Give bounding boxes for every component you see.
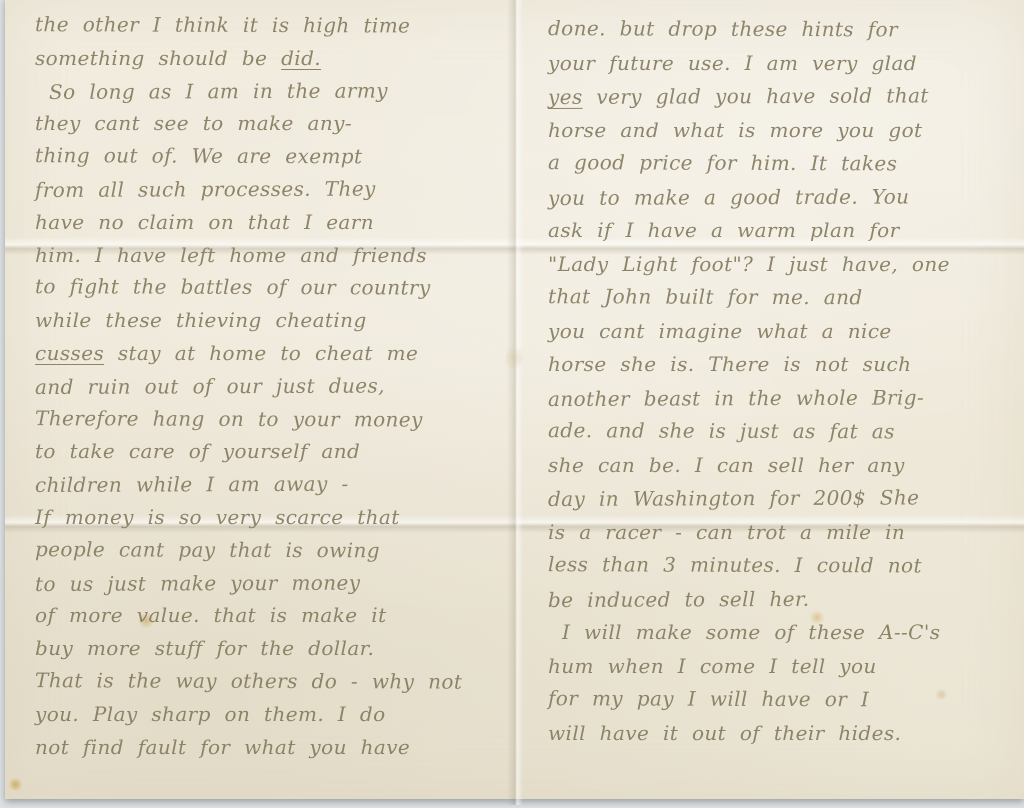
handwriting-line: buy more stuff for the dollar. (35, 632, 507, 665)
handwriting-line: less than 3 minutes. I could not (548, 548, 1020, 583)
handwriting-line: Therefore hang on to your money (35, 402, 507, 436)
handwriting-line: to fight the battles of our country (35, 271, 507, 305)
handwriting-line: day in Washington for 200$ She (548, 481, 1020, 517)
handwriting-text: very glad you have sold that (583, 83, 929, 109)
handwriting-text: something should be (35, 46, 281, 70)
handwriting-line: she can be. I can sell her any (548, 449, 1020, 483)
handwriting-line: will have it out of their hides. (548, 717, 1020, 751)
handwriting-line: yes very glad you have sold that (548, 79, 1020, 115)
handwriting-line: ask if I have a warm plan for (548, 214, 1020, 248)
paper-stain (505, 343, 523, 373)
handwriting-line: a good price for him. It takes (548, 146, 1020, 181)
handwriting-line: thing out of. We are exempt (35, 139, 507, 173)
handwriting-line: That is the way others do - why not (35, 664, 507, 698)
letter-page-right: done. but drop these hints for your futu… (548, 13, 1020, 750)
handwriting-line: of more value. that is make it (35, 599, 507, 632)
handwriting-line: people cant pay that is owing (35, 533, 507, 567)
handwriting-line: and ruin out of our just dues, (35, 369, 507, 404)
scanned-letter-image: the other I think it is high time someth… (0, 0, 1024, 808)
handwriting-line: to take care of yourself and (35, 435, 507, 468)
handwriting-line: you cant imagine what a nice (548, 315, 1020, 349)
underlined-word: did. (281, 46, 321, 70)
handwriting-line: children while I am away - (35, 467, 507, 502)
handwriting-line: not find fault for what you have (35, 731, 507, 764)
handwriting-line: to us just make your money (35, 566, 507, 601)
handwriting-line: something should be did. (35, 42, 507, 75)
handwriting-line: hum when I come I tell you (548, 650, 1020, 684)
handwriting-line: while these thieving cheating (35, 304, 507, 337)
handwriting-line: they cant see to make any- (35, 107, 507, 140)
handwriting-line: ade. and she is just as fat as (548, 414, 1020, 449)
underlined-word: yes (548, 85, 583, 109)
handwriting-line: the other I think it is high time (35, 8, 507, 42)
handwriting-line: from all such processes. They (35, 172, 507, 207)
handwriting-line: If money is so very scarce that (35, 501, 507, 534)
letter-page-left: the other I think it is high time someth… (35, 9, 507, 763)
fold-crease-vertical (507, 0, 523, 805)
handwriting-line: horse and what is more you got (548, 114, 1020, 148)
handwriting-line: you to make a good trade. You (548, 179, 1020, 215)
handwriting-line: you. Play sharp on them. I do (35, 698, 507, 731)
handwriting-line: him. I have left home and friends (35, 239, 507, 272)
handwriting-line: So long as I am in the army (35, 74, 507, 109)
underlined-word: cusses (35, 341, 104, 365)
handwriting-line: horse she is. There is not such (548, 348, 1020, 382)
handwriting-text: stay at home to cheat me (104, 341, 418, 365)
handwriting-line: that John built for me. and (548, 280, 1020, 315)
handwriting-line: have no claim on that I earn (35, 206, 507, 239)
handwriting-line: cusses stay at home to cheat me (35, 337, 507, 370)
handwriting-line: be induced to sell her. (548, 581, 1020, 617)
handwriting-line: another beast in the whole Brig- (548, 380, 1020, 416)
handwriting-line: your future use. I am very glad (548, 47, 1020, 81)
handwriting-line: "Lady Light foot"? I just have, one (548, 248, 1020, 282)
handwriting-line: I will make some of these A--C's (548, 616, 1020, 650)
paper-stain (8, 778, 23, 791)
handwriting-line: is a racer - can trot a mile in (548, 516, 1020, 550)
handwriting-line: for my pay I will have or I (548, 682, 1020, 717)
letter-sheet: the other I think it is high time someth… (5, 0, 1024, 799)
handwriting-line: done. but drop these hints for (548, 12, 1020, 47)
